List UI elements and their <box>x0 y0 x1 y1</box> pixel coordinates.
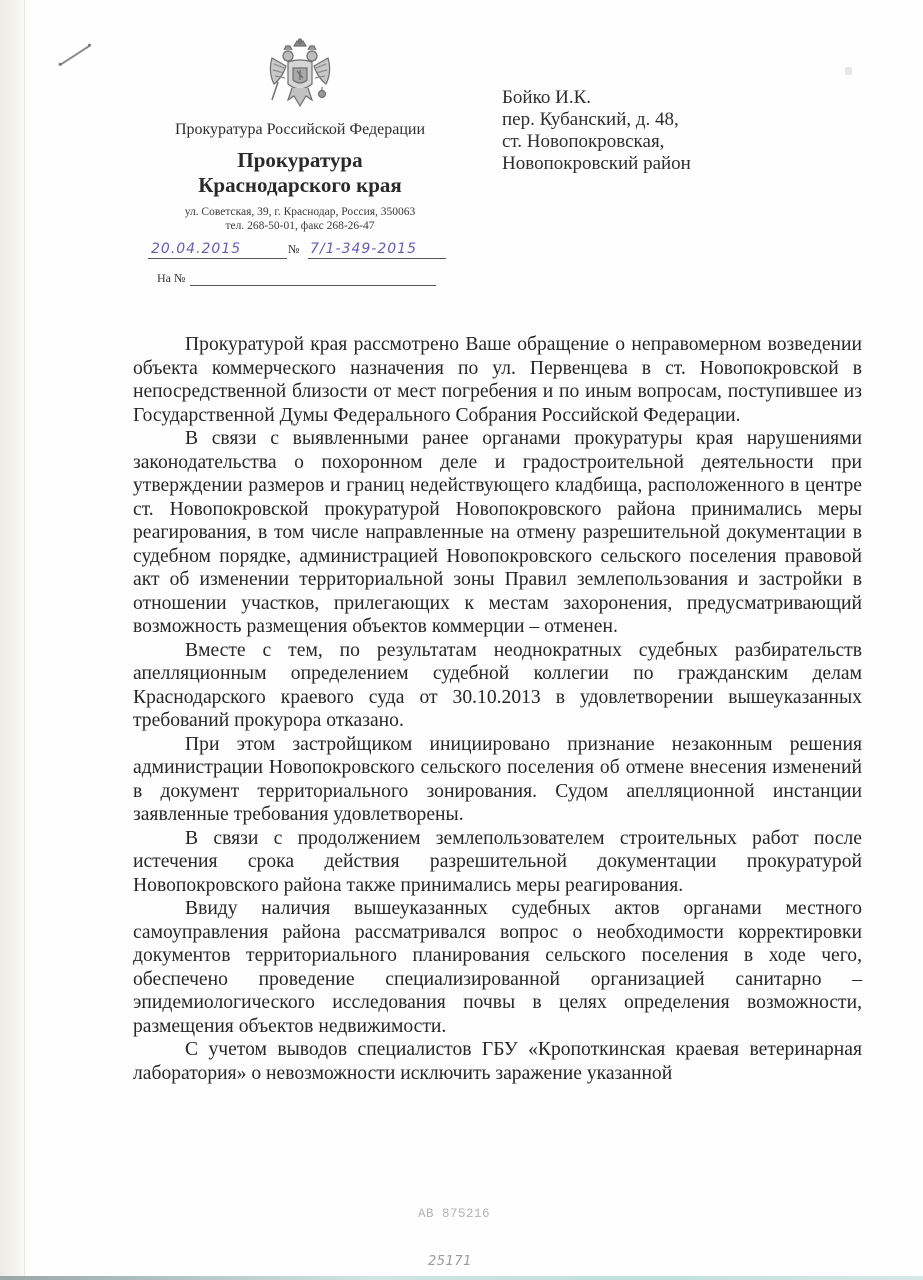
org-name-line1: Прокуратура <box>140 148 460 173</box>
org-name-line2: Краснодарского края <box>140 173 460 198</box>
addressee-village: ст. Новопокровская, <box>502 131 691 153</box>
org-contacts-line: тел. 268-50-01, факс 268-26-47 <box>140 219 460 233</box>
reference-row: На № <box>157 271 437 289</box>
letter-body: Прокуратурой края рассмотрено Ваше обращ… <box>133 333 862 1085</box>
body-paragraph: В связи с продолжением землепользователе… <box>133 827 862 898</box>
registration-date-handwritten: 20.04.2015 <box>148 240 287 259</box>
org-address-line1: ул. Советская, 39, г. Краснодар, Россия,… <box>140 205 460 219</box>
addressee-name: Бойко И.К. <box>502 87 691 109</box>
body-paragraph: Прокуратурой края рассмотрено Ваше обращ… <box>133 333 862 427</box>
staple-mark-icon <box>59 45 90 66</box>
scan-edge-strip <box>0 0 25 1280</box>
registration-number-handwritten: 7/1-349-2015 <box>308 240 446 259</box>
body-paragraph: Вместе с тем, по результатам неоднократн… <box>133 639 862 733</box>
addressee-street: пер. Кубанский, д. 48, <box>502 109 691 131</box>
addressee-block: Бойко И.К. пер. Кубанский, д. 48, ст. Но… <box>502 87 691 175</box>
reference-blank-line <box>190 285 436 286</box>
reference-label: На № <box>157 271 185 286</box>
body-paragraph: С учетом выводов специалистов ГБУ «Кропо… <box>133 1038 862 1085</box>
body-paragraph: Ввиду наличия вышеуказанных судебных акт… <box>133 897 862 1038</box>
scan-bottom-edge <box>0 1276 923 1280</box>
registration-number-label: № <box>288 242 299 257</box>
registration-row: 20.04.2015 № 7/1-349-2015 <box>148 240 448 260</box>
body-paragraph: В связи с выявленными ранее органами про… <box>133 427 862 639</box>
body-paragraph: При этом застройщиком инициировано призн… <box>133 733 862 827</box>
form-serial-number: АВ 875216 <box>418 1207 490 1221</box>
handwritten-page-number: 25171 <box>428 1254 472 1269</box>
org-address: ул. Советская, 39, г. Краснодар, Россия,… <box>140 205 460 233</box>
document-page: Прокуратура Российской Федерации Прокура… <box>0 0 923 1280</box>
scan-speck <box>845 67 852 75</box>
addressee-district: Новопокровский район <box>502 153 691 175</box>
org-parent-name: Прокуратура Российской Федерации <box>140 121 460 139</box>
russian-coat-of-arms-icon <box>264 38 336 114</box>
org-name: Прокуратура Краснодарского края <box>140 148 460 198</box>
